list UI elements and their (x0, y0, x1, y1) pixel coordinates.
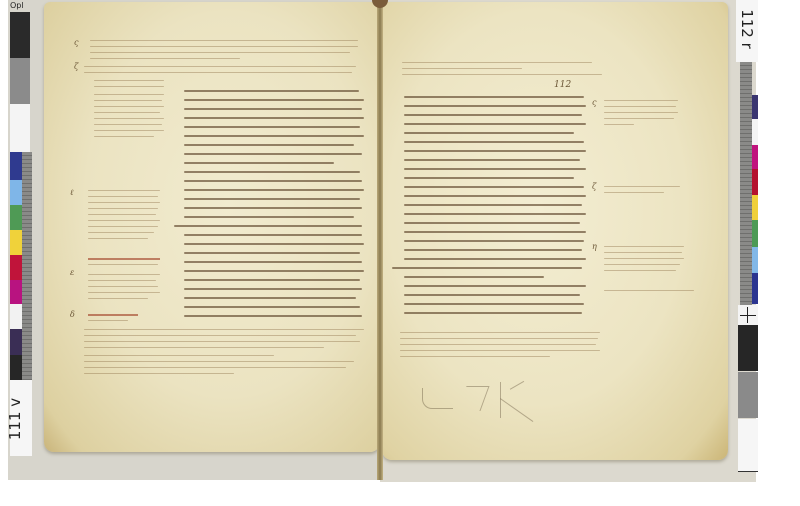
book-gutter (377, 0, 383, 480)
swatch-black (10, 12, 30, 58)
swatch-white-2 (738, 419, 758, 472)
left-ruler (22, 152, 32, 380)
swatch-red (752, 169, 758, 195)
swatch-green (10, 205, 22, 230)
right-color-calibration-strip: 112 r (736, 0, 760, 472)
swatch-black-2 (10, 355, 22, 380)
left-color-calibration-strip: Opl 111 v (8, 0, 38, 460)
manuscript-page-right: 112 ς ζ η (382, 2, 728, 460)
swatch-violet (752, 95, 758, 119)
left-folio-label: 111 v (6, 398, 24, 440)
marginal-number: ς (74, 38, 78, 47)
left-strip-top-label: Opl (10, 1, 24, 10)
swatch-magenta (10, 280, 22, 304)
manuscript-page-left: ς ζ (44, 2, 380, 452)
swatch-yellow (752, 195, 758, 220)
swatch-blue (752, 273, 758, 304)
swatch-cyan (10, 180, 22, 205)
swatch-blue (10, 152, 22, 180)
swatch-white (752, 119, 758, 145)
swatch-cyan (752, 247, 758, 273)
swatch-magenta (752, 145, 758, 169)
swatch-white-2 (10, 304, 22, 329)
swatch-gray (738, 372, 758, 418)
swatch-gray (10, 58, 30, 104)
swatch-yellow (10, 230, 22, 255)
swatch-red (10, 255, 22, 280)
right-folio-label: 112 r (738, 9, 756, 49)
swatch-green (752, 220, 758, 247)
swatch-black (738, 325, 758, 371)
crosshair-target (738, 305, 758, 325)
folio-number: 112 (554, 80, 571, 90)
swatch-violet (10, 329, 22, 355)
swatch-white (10, 104, 30, 152)
right-ruler (740, 62, 752, 306)
